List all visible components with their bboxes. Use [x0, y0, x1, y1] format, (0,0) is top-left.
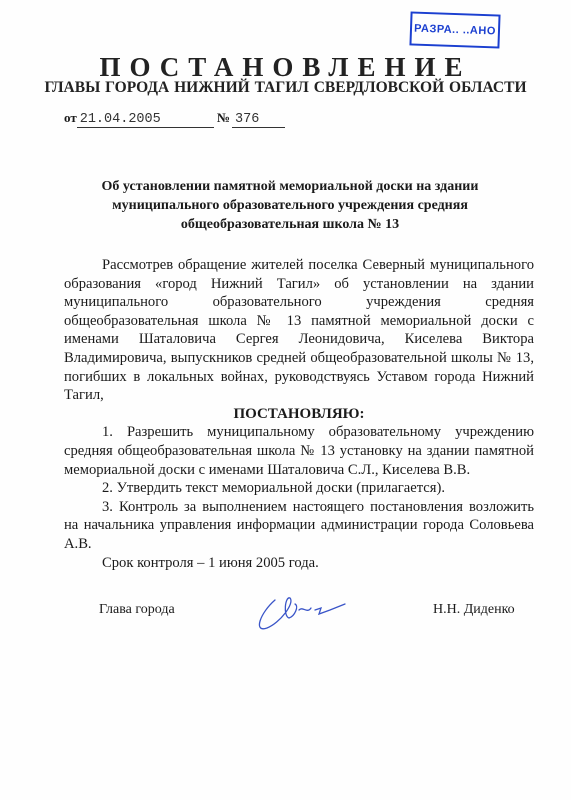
date-number-line: от21.04.2005 №376	[64, 110, 285, 128]
number-prefix: №	[217, 110, 230, 125]
handwritten-signature	[255, 588, 365, 643]
decree-word: ПОСТАНОВЛЯЮ:	[64, 405, 534, 424]
signature-icon	[255, 588, 365, 638]
control-deadline: Срок контроля – 1 июня 2005 года.	[64, 554, 534, 573]
date-prefix: от	[64, 110, 77, 125]
document-number: 376	[232, 112, 285, 128]
document-date: 21.04.2005	[77, 112, 214, 128]
approval-stamp: РАЗРА.. ..АНО	[409, 11, 500, 48]
heading-line: общеобразовательная школа № 13	[90, 215, 490, 234]
document-subtitle: ГЛАВЫ ГОРОДА НИЖНИЙ ТАГИЛ СВЕРДЛОВСКОЙ О…	[0, 79, 571, 97]
document-heading: Об установлении памятной мемориальной до…	[90, 177, 490, 234]
document-body: Рассмотрев обращение жителей поселка Сев…	[64, 256, 534, 572]
heading-line: Об установлении памятной мемориальной до…	[90, 177, 490, 196]
preamble-paragraph: Рассмотрев обращение жителей поселка Сев…	[64, 256, 534, 405]
heading-line: муниципального образовательного учрежден…	[90, 196, 490, 215]
signatory-position: Глава города	[99, 602, 175, 618]
decree-item-3: 3. Контроль за выполнением настоящего по…	[64, 498, 534, 554]
decree-item-1: 1. Разрешить муниципальному образователь…	[64, 423, 534, 479]
signatory-name: Н.Н. Диденко	[433, 602, 515, 618]
decree-item-2: 2. Утвердить текст мемориальной доски (п…	[64, 479, 534, 498]
